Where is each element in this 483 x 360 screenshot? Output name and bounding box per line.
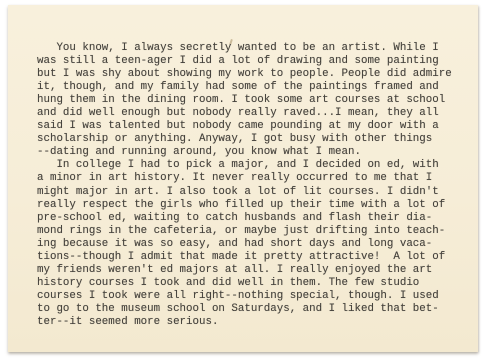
paper-sheet: You know, I always secretly wanted to be… — [8, 5, 478, 352]
page: { "page": { "background_color": "#ffffff… — [0, 0, 483, 360]
paragraph: You know, I always secretly wanted to be… — [37, 42, 452, 159]
paragraph: In college I had to pick a major, and I … — [37, 159, 452, 329]
typewritten-text: You know, I always secretly wanted to be… — [37, 42, 452, 329]
